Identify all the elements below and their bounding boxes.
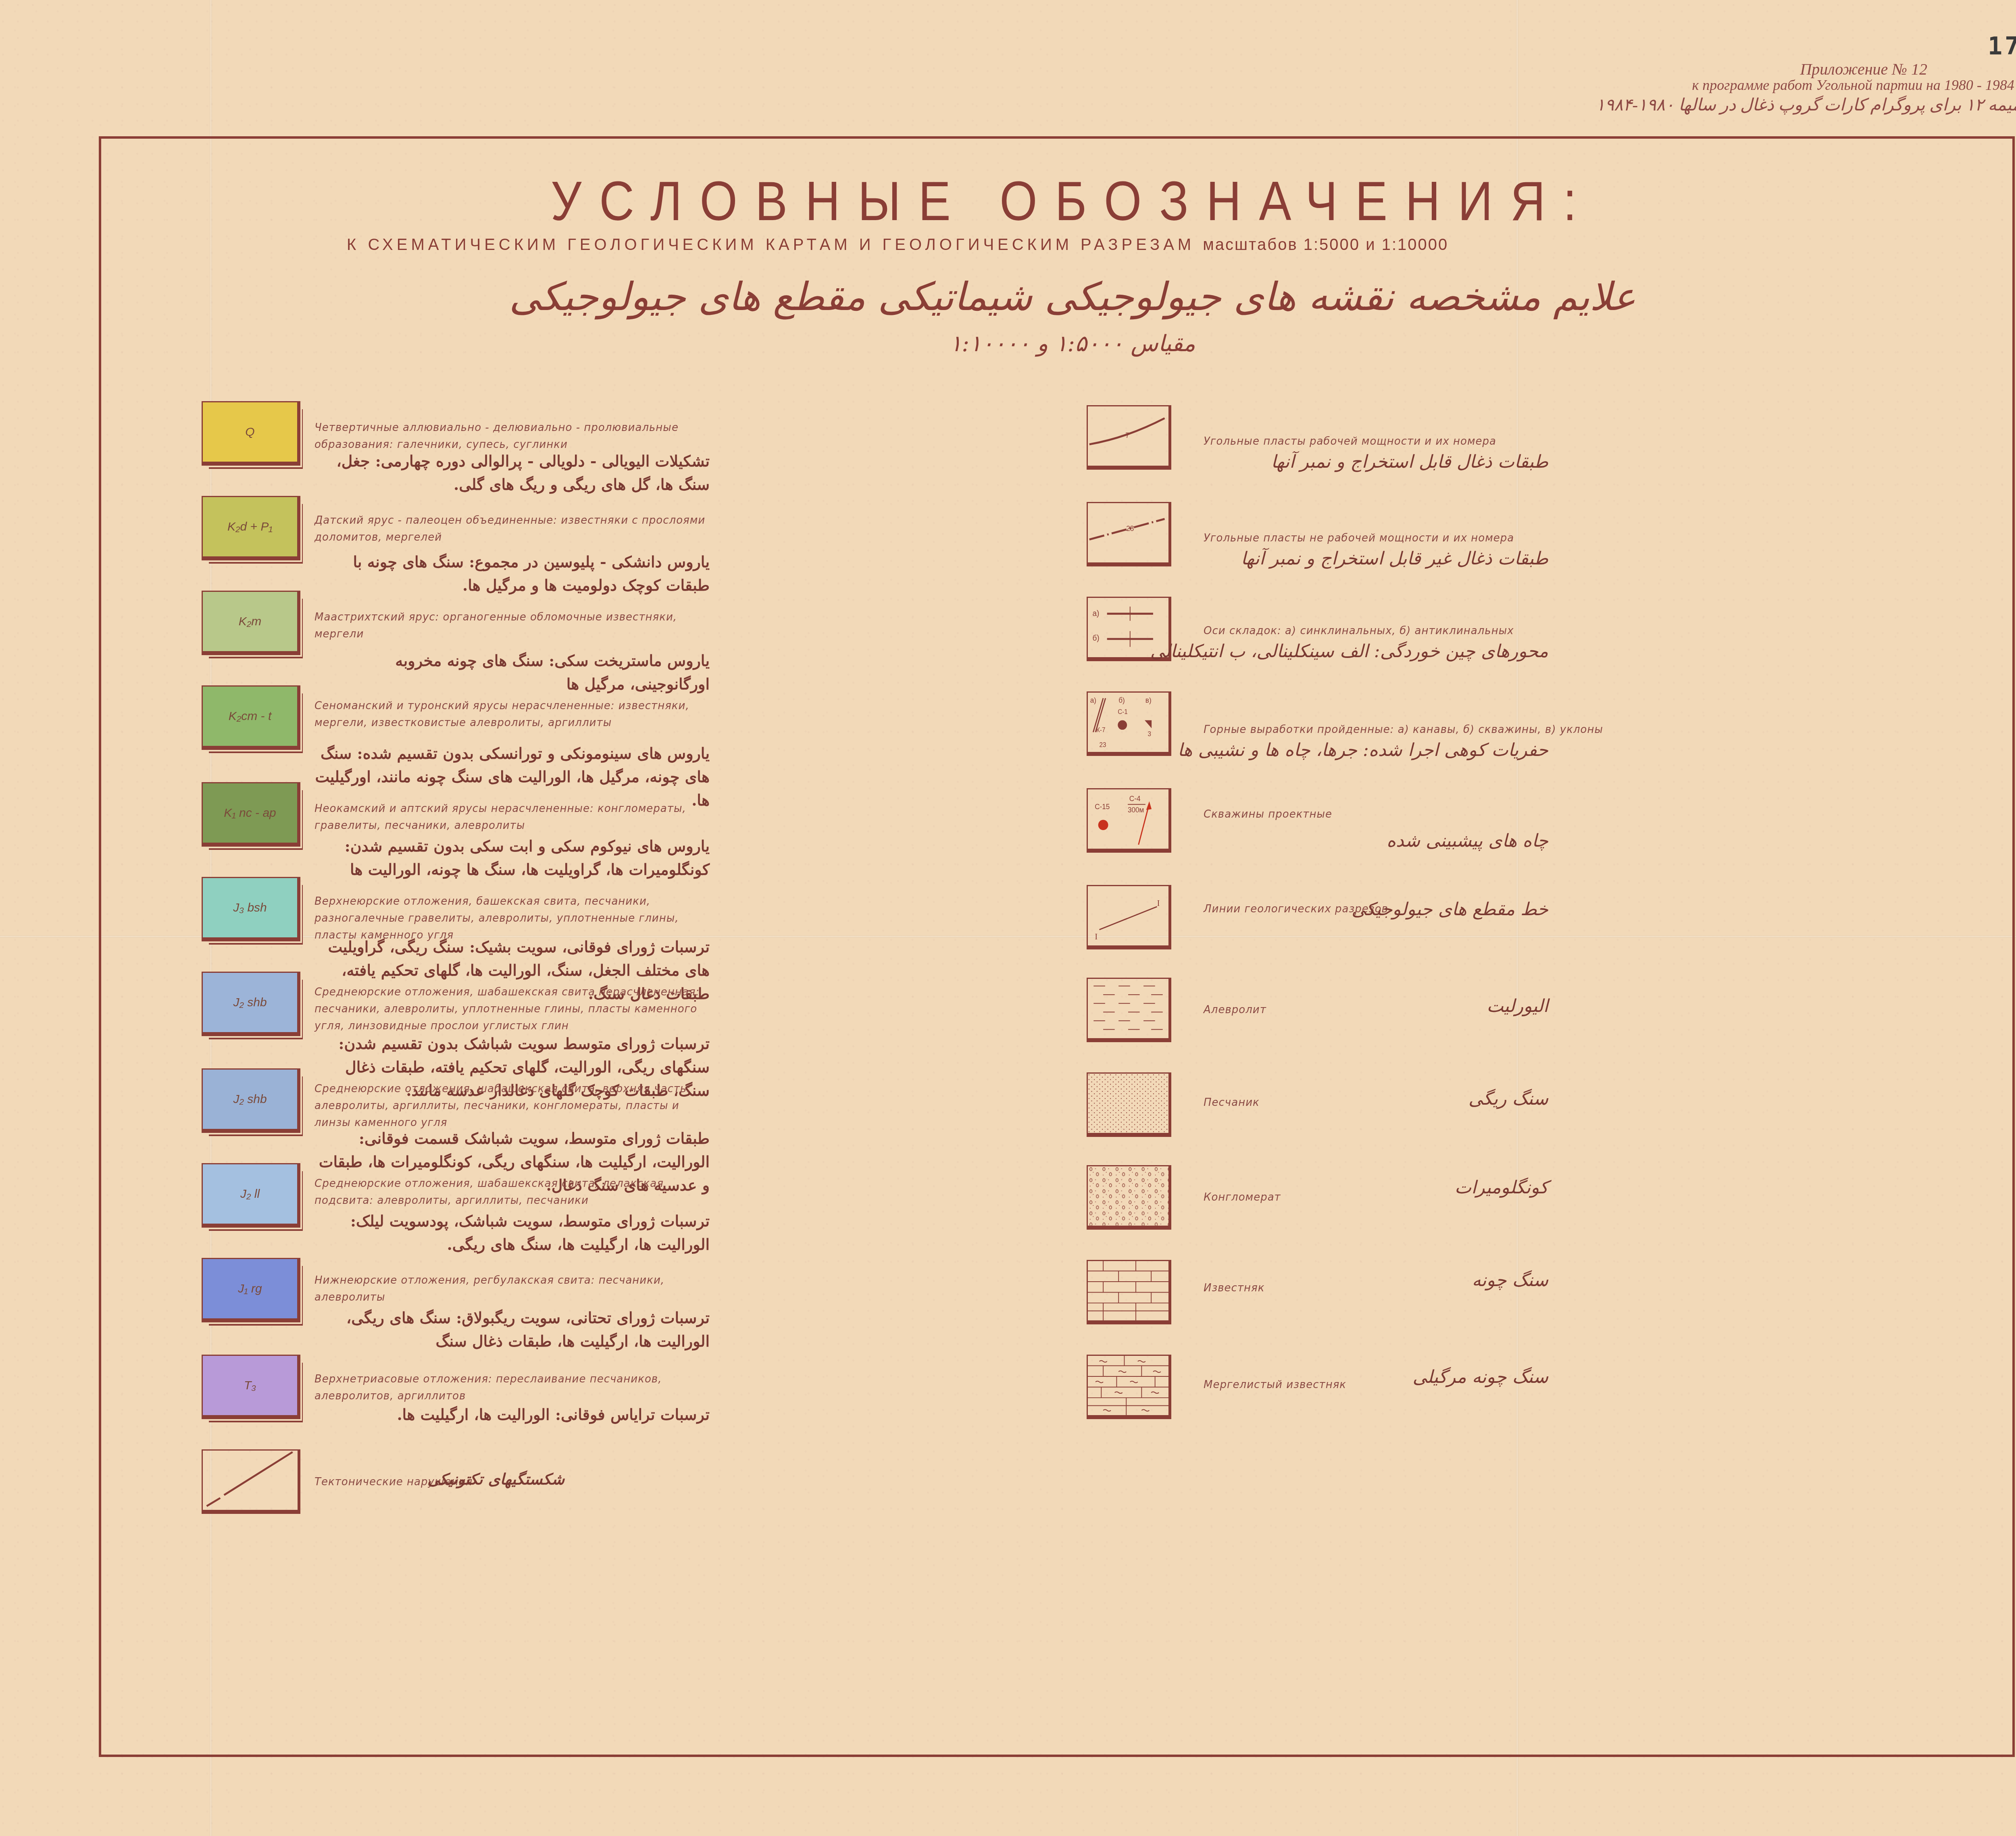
legend-text-ru: Датский ярус - палеоцен объединенные: из… [314, 512, 710, 546]
fault-line-icon [203, 1451, 298, 1510]
symbol-text-ru: Алевролит [1204, 1004, 1266, 1016]
legend-text-ru: Верхнетриасовые отложения: переслаивание… [314, 1371, 710, 1405]
page-subtitle: К СХЕМАТИЧЕСКИМ ГЕОЛОГИЧЕСКИМ КАРТАМ И Г… [347, 236, 1448, 254]
symbol-text-fa: سنگ چونه مرگیلی [1412, 1367, 1548, 1387]
svg-text:3: 3 [1148, 731, 1151, 738]
swatch-j2ll: J₂ ll [202, 1163, 300, 1228]
svg-text:б): б) [1118, 696, 1125, 704]
limestone-pattern-icon [1088, 1261, 1168, 1320]
legend-text-fa: ترسبات ترایاس فوقانی: الورالیت ها، ارگیل… [314, 1403, 710, 1426]
svg-text:а): а) [1092, 610, 1099, 618]
sandstone-pattern-icon [1088, 1074, 1168, 1133]
symbol-text-fa: حفریات کوهی اجرا شده: جرها، چاه ها و نشی… [1178, 740, 1548, 760]
svg-text:К-7: К-7 [1096, 727, 1105, 734]
svg-text:С-15: С-15 [1095, 803, 1110, 811]
marly-limestone-symbol [1087, 1355, 1171, 1419]
legend-text-ru: Четвертичные аллювиально - делювиально -… [314, 419, 710, 453]
section-line-icon: I I [1088, 886, 1168, 945]
symbol-text-ru: Известняк [1204, 1282, 1264, 1294]
swatch-t3: T₃ [202, 1355, 300, 1419]
symbol-text-ru: Скважины проектные [1204, 808, 1332, 820]
symbol-text-fa: کونگلومیرات [1455, 1177, 1548, 1198]
mine-workings-icon: а) б) в) К-7 С-1 3 23 [1088, 693, 1168, 752]
symbol-text-fa: طبقات ذغال قابل استخراج و نمبر آنها [1271, 452, 1548, 472]
archive-stamp-number: 1751 [1988, 32, 2016, 60]
symbol-text-fa: سنگ چونه [1472, 1270, 1548, 1291]
legend-text-ru: Маастрихтский ярус: органогенные обломоч… [314, 609, 710, 643]
legend-text-ru: Неокамский и аптский ярусы нерасчлененны… [314, 800, 710, 834]
coal-seam-workable-symbol: 7 [1087, 405, 1171, 470]
legend-text-fa: ترسبات ژورای تحتانی، سویت ریگبولاق: سنگ … [314, 1306, 710, 1353]
legend-text-fa: یاروس ماستریخت سکی: سنگ های چونه مخروبه … [314, 649, 710, 696]
swatch-j2shb: J₂ shb [202, 972, 300, 1036]
legend-text-fa: تشکیلات الیویالی - دلویالی - پرالوالی دو… [314, 450, 710, 496]
swatch-j1rg: J₁ rg [202, 1258, 300, 1322]
appendix-fa: ضمیمه ۱۲ برای پروگرام کارات گروپ ذغال در… [1596, 95, 2016, 115]
symbol-text-fa: چاه های پیشبینی شده [1387, 831, 1548, 851]
swatch-k1nc-ap: K₁ nc - ap [202, 782, 300, 847]
planned-wells-symbol: С-15 С-4 300м [1087, 788, 1171, 853]
symbol-text-fa: الیورلیت [1487, 996, 1548, 1016]
legend-text-ru: Среднеюрские отложения, шабашекская свит… [314, 1175, 710, 1209]
section-lines-symbol: I I [1087, 885, 1171, 949]
legend-text-ru: Нижнеюрские отложения, регбулакская свит… [314, 1272, 710, 1306]
symbol-text-fa: طبقات ذغال غیر قابل استخراج و نمبر آنها [1241, 548, 1548, 569]
symbol-text-ru: Конгломерат [1204, 1191, 1281, 1203]
svg-text:а): а) [1090, 696, 1096, 704]
legend-text-ru: Сеноманский и туронский ярусы нерасчлене… [314, 697, 710, 731]
siltstone-pattern-icon [1088, 979, 1168, 1038]
symbol-text-ru: Угольные пласты не рабочей мощности и их… [1204, 532, 1514, 544]
svg-text:28: 28 [1126, 524, 1134, 532]
marly-limestone-pattern-icon [1088, 1356, 1168, 1415]
symbol-text-ru: Горные выработки пройденные: а) канавы, … [1204, 724, 1603, 736]
subtitle-scale: масштабов 1:5000 и 1:10000 [1203, 236, 1448, 254]
appendix-ru-line1: Приложение № 12 [1800, 60, 1927, 79]
coal-seam-line-icon: 7 [1088, 406, 1168, 466]
symbol-text-ru: Песчаник [1204, 1097, 1260, 1109]
legend-text-fa: ترسبات ژورای متوسط، سویت شباشک، پودسویت … [314, 1209, 710, 1256]
legend-text-fa: یاروس های نیوکوم سکی و ابت سکی بدون تقسی… [314, 835, 710, 881]
page-title: УСЛОВНЫЕ ОБОЗНАЧЕНИЯ: [0, 169, 2016, 233]
planned-well-icon: С-15 С-4 300м [1088, 789, 1168, 849]
conglomerate-symbol [1087, 1165, 1171, 1230]
symbol-text-ru: Оси складок: а) синклинальных, б) антикл… [1204, 625, 1514, 637]
svg-text:С-4: С-4 [1129, 795, 1141, 803]
coal-seam-nonworkable-symbol: 28 [1087, 502, 1171, 566]
legend-text-ru: Среднеюрские отложения, шабашекская свит… [314, 984, 710, 1035]
coal-seam-dashed-icon: 28 [1088, 503, 1168, 562]
swatch-j2shb-upper: J₂ shb [202, 1068, 300, 1133]
svg-text:в): в) [1145, 696, 1152, 704]
legend-text-ru: Среднеюрские отложения, шабашекская свит… [314, 1080, 710, 1131]
subtitle-text: К СХЕМАТИЧЕСКИМ ГЕОЛОГИЧЕСКИМ КАРТАМ И Г… [347, 236, 1195, 254]
swatch-k2d-p1: K₂d + P₁ [202, 496, 300, 560]
svg-text:7: 7 [1125, 431, 1129, 439]
conglomerate-pattern-icon [1088, 1166, 1168, 1226]
swatch-k2cm-t: K₂cm - t [202, 685, 300, 750]
symbol-text-fa: محورهای چین خوردگی: الف سینکلینالی، ب ان… [1150, 641, 1548, 662]
svg-text:300м: 300м [1128, 806, 1144, 814]
svg-text:б): б) [1092, 634, 1099, 643]
mine-workings-symbol: а) б) в) К-7 С-1 3 23 [1087, 691, 1171, 756]
svg-text:I: I [1095, 932, 1098, 941]
siltstone-symbol [1087, 978, 1171, 1042]
sandstone-symbol [1087, 1072, 1171, 1137]
svg-text:С-1: С-1 [1118, 709, 1128, 716]
scale-fa: مقیاس ۱:۵۰۰۰ و ۱:۱۰۰۰۰ [0, 331, 2016, 357]
svg-text:I: I [1157, 898, 1160, 908]
appendix-ru-line2: к программе работ Угольной партии на 198… [1692, 77, 2016, 94]
swatch-q: Q [202, 401, 300, 466]
svg-text:23: 23 [1100, 742, 1106, 749]
symbol-text-ru: Мергелистый известняк [1204, 1379, 1346, 1391]
tectonic-fault-symbol [202, 1449, 300, 1514]
legend-text-fa: یاروس دانشکی - پلیوسین در مجموع: سنگ های… [314, 550, 710, 597]
symbol-text-ru: Угольные пласты рабочей мощности и их но… [1204, 435, 1496, 448]
legend-text-fa: شکستگیهای تکتونیکی [314, 1468, 564, 1491]
page-title-fa: علایم مشخصه نقشه های جیولوجیکی شیماتیکی … [0, 274, 2016, 319]
swatch-k2m: K₂m [202, 591, 300, 655]
limestone-symbol [1087, 1260, 1171, 1324]
symbol-text-fa: سنگ ریگی [1468, 1089, 1548, 1109]
swatch-j3bsh: J₃ bsh [202, 877, 300, 941]
symbol-text-fa: خط مقطع های جیولوجیکی [1352, 899, 1548, 920]
